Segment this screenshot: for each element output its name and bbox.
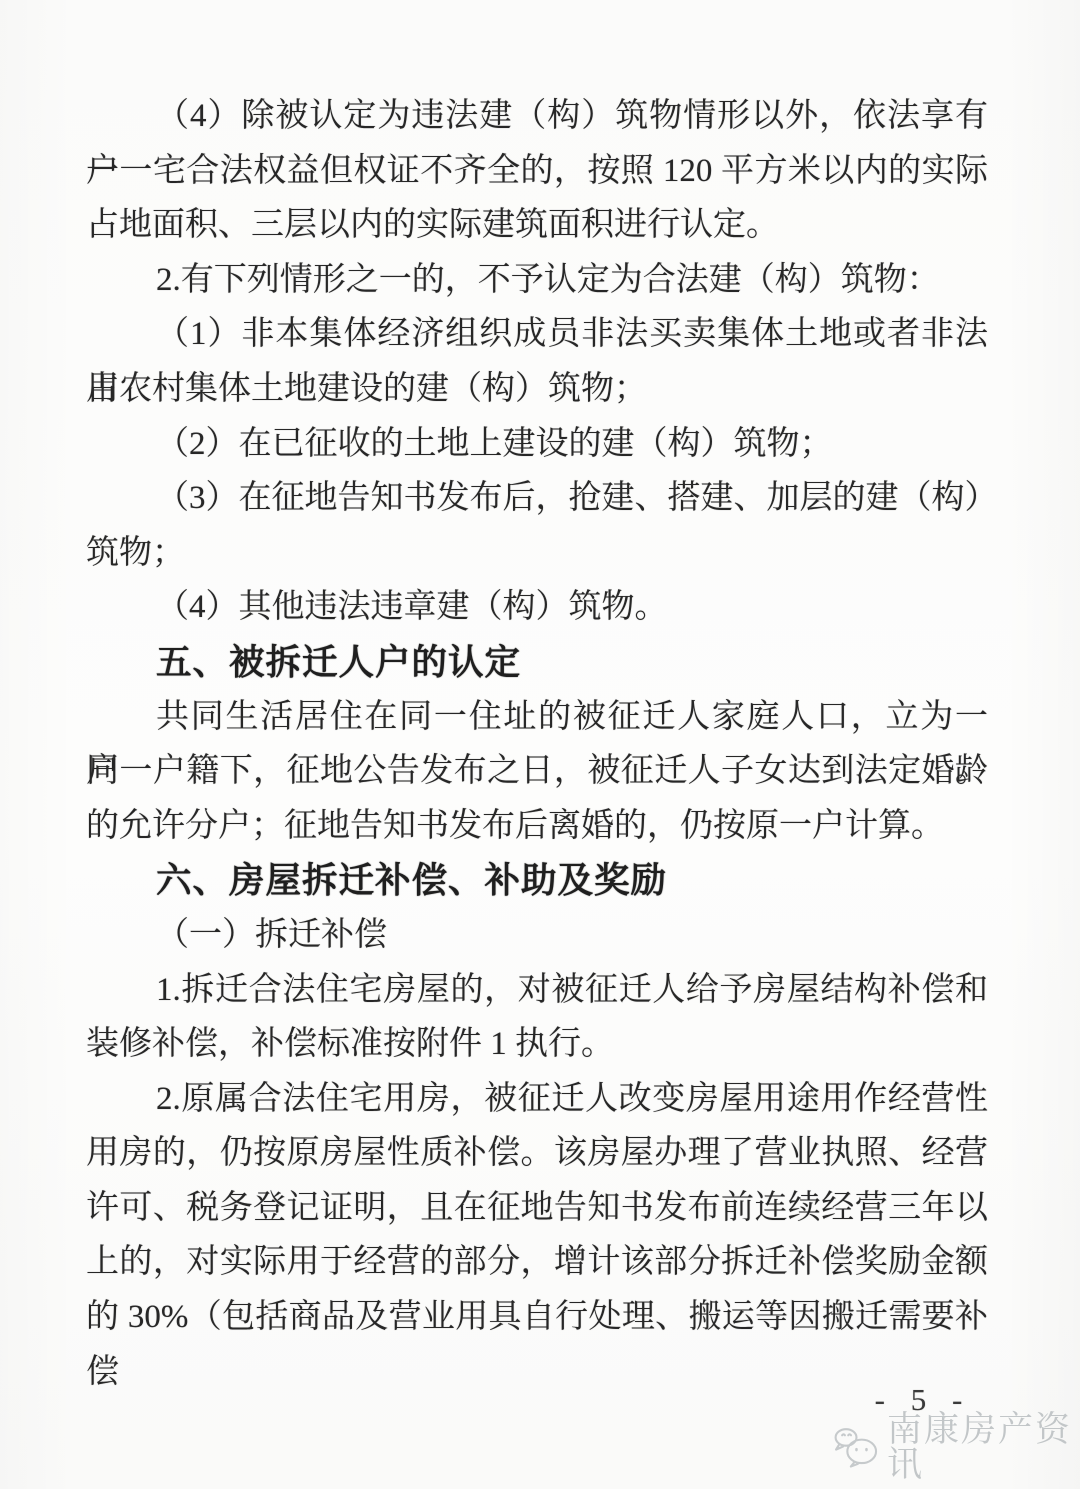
paragraph-line: 的 30%（包括商品及营业用具自行处理、搬运等因搬迁需要补偿 <box>86 1290 988 1345</box>
paragraph-line: （3）在征地告知书发布后，抢建、搭建、加层的建（构） <box>86 471 988 526</box>
paragraph-line: 许可、税务登记证明，且在征地告知书发布前连续经营三年以 <box>86 1181 988 1236</box>
paragraph-line: 户一宅合法权益但权证不齐全的，按照 120 平方米以内的实际 <box>86 144 988 199</box>
paragraph-line: 2.原属合法住宅用房，被征迁人改变房屋用途用作经营性 <box>86 1072 988 1127</box>
paragraph-line: 用房的，仍按原房屋性质补偿。该房屋办理了营业执照、经营 <box>86 1126 988 1181</box>
paragraph-line: （4）除被认定为违法建（构）筑物情形以外，依法享有一 <box>86 89 988 144</box>
wechat-icon <box>833 1423 880 1471</box>
document-body: （4）除被认定为违法建（构）筑物情形以外，依法享有一 户一宅合法权益但权证不齐全… <box>86 89 988 1345</box>
paragraph-line: 装修补偿，补偿标准按附件 1 执行。 <box>86 1017 988 1072</box>
paragraph-line: 占地面积、三层以内的实际建筑面积进行认定。 <box>86 198 988 253</box>
paragraph-line: 用农村集体土地建设的建（构）筑物； <box>86 362 988 417</box>
paragraph-line: （4）其他违法违章建（构）筑物。 <box>86 580 988 635</box>
paragraph-line: 上的，对实际用于经营的部分，增计该部分拆迁补偿奖励金额 <box>86 1235 988 1290</box>
section-heading-6: 六、房屋拆迁补偿、补助及奖励 <box>86 853 988 908</box>
paragraph-line: 筑物； <box>86 526 988 581</box>
paragraph-line: 同一户籍下，征地公告发布之日，被征迁人子女达到法定婚龄 <box>86 744 988 799</box>
paragraph-line: 共同生活居住在同一住址的被征迁人家庭人口，立为一户。 <box>86 690 988 745</box>
paragraph-line: 1.拆迁合法住宅房屋的，对被征迁人给予房屋结构补偿和 <box>86 963 988 1018</box>
paragraph-line: 的允许分户；征地告知书发布后离婚的，仍按原一户计算。 <box>86 799 988 854</box>
scanned-document-page: （4）除被认定为违法建（构）筑物情形以外，依法享有一 户一宅合法权益但权证不齐全… <box>0 0 1080 1489</box>
paragraph-line: （1）非本集体经济组织成员非法买卖集体土地或者非法占 <box>86 307 988 362</box>
watermark: 南康房产资讯 <box>833 1412 1080 1482</box>
watermark-text: 南康房产资讯 <box>887 1412 1080 1482</box>
section-heading-5: 五、被拆迁人户的认定 <box>86 635 988 690</box>
paragraph-line: （2）在已征收的土地上建设的建（构）筑物； <box>86 417 988 472</box>
paragraph-line: 2.有下列情形之一的，不予认定为合法建（构）筑物： <box>86 253 988 308</box>
subsection-heading: （一）拆迁补偿 <box>86 908 988 963</box>
